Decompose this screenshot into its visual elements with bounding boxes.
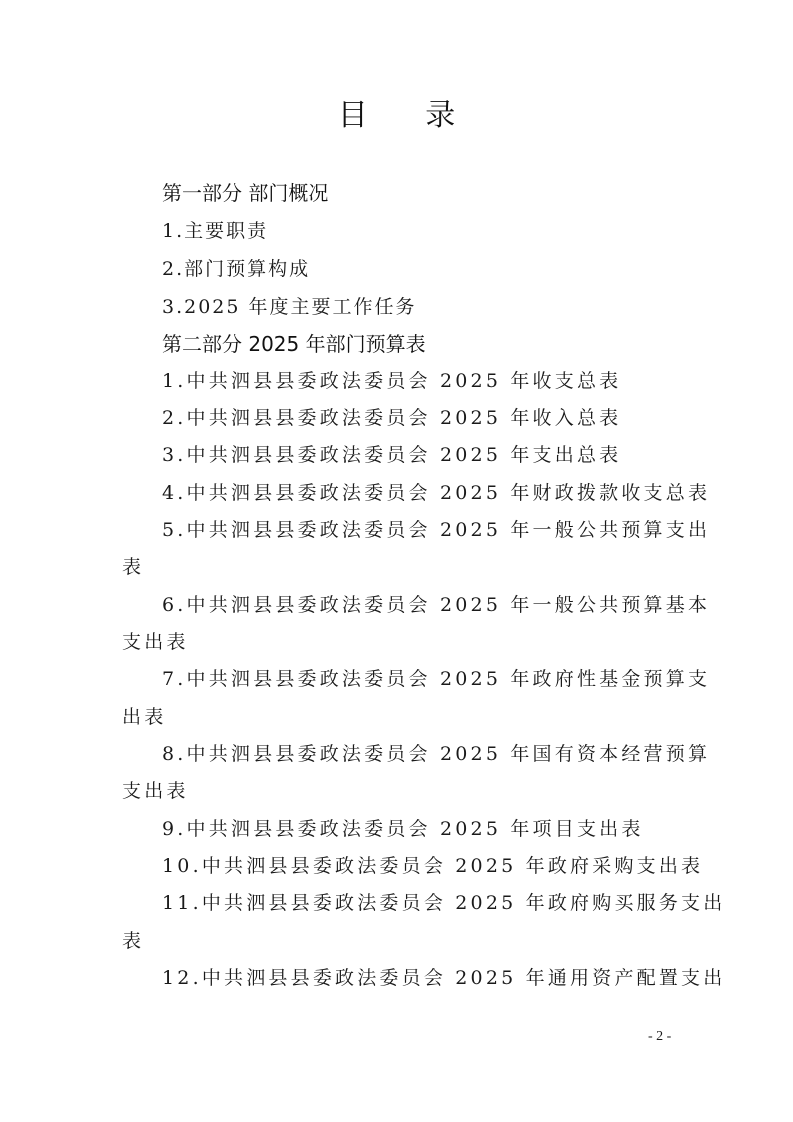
toc-item[interactable]: 8.中共泗县县委政法委员会 2025 年国有资本经营预算 xyxy=(162,742,710,766)
toc-item[interactable]: 1.主要职责 xyxy=(162,219,268,243)
toc-item[interactable]: 2.部门预算构成 xyxy=(162,257,310,281)
toc-item[interactable]: 1.中共泗县县委政法委员会 2025 年收支总表 xyxy=(162,369,621,393)
toc-item[interactable]: 12.中共泗县县委政法委员会 2025 年通用资产配置支出 xyxy=(162,966,725,990)
page-number: - 2 - xyxy=(648,1029,671,1045)
toc-item-continuation[interactable]: 出表 xyxy=(122,705,166,729)
toc-item[interactable]: 9.中共泗县县委政法委员会 2025 年项目支出表 xyxy=(162,817,644,841)
toc-item[interactable]: 11.中共泗县县委政法委员会 2025 年政府购买服务支出 xyxy=(162,891,725,915)
toc-item[interactable]: 5.中共泗县县委政法委员会 2025 年一般公共预算支出 xyxy=(162,518,710,542)
toc-item-continuation[interactable]: 支出表 xyxy=(122,779,189,803)
page-title: 目 录 xyxy=(0,96,793,136)
toc-item-continuation[interactable]: 表 xyxy=(122,929,144,953)
toc-item[interactable]: 6.中共泗县县委政法委员会 2025 年一般公共预算基本 xyxy=(162,593,710,617)
toc-part1-heading[interactable]: 第一部分 部门概况 xyxy=(162,181,328,205)
toc-item-continuation[interactable]: 表 xyxy=(122,555,144,579)
toc-part2-heading[interactable]: 第二部分 2025 年部门预算表 xyxy=(162,332,426,356)
toc-item[interactable]: 10.中共泗县县委政法委员会 2025 年政府采购支出表 xyxy=(162,854,703,878)
toc-item-continuation[interactable]: 支出表 xyxy=(122,630,189,654)
toc-item[interactable]: 4.中共泗县县委政法委员会 2025 年财政拨款收支总表 xyxy=(162,481,710,505)
toc-item[interactable]: 3.中共泗县县委政法委员会 2025 年支出总表 xyxy=(162,443,621,467)
toc-item[interactable]: 7.中共泗县县委政法委员会 2025 年政府性基金预算支 xyxy=(162,667,710,691)
toc-item[interactable]: 2.中共泗县县委政法委员会 2025 年收入总表 xyxy=(162,406,621,430)
toc-item[interactable]: 3.2025 年度主要工作任务 xyxy=(162,295,417,319)
